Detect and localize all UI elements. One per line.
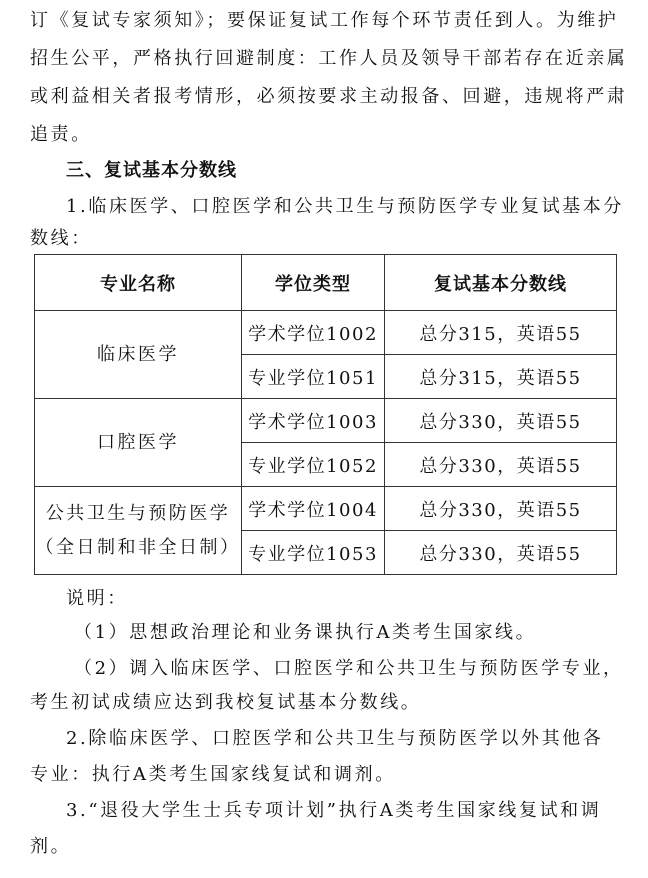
degree-cell: 学术学位1004 [242,487,385,531]
major-note: （全日制和非全日制） [35,531,241,565]
score-cell: 总分330，英语55 [385,443,617,487]
item1-line-1: 1.临床医学、口腔医学和公共卫生与预防医学专业复试基本分 [66,196,624,218]
item1-line-2: 数线： [30,228,92,250]
score-cell: 总分330，英语55 [385,531,617,575]
degree-cell: 专业学位1051 [242,355,385,399]
major-cell: 临床医学 [35,311,242,399]
score-table: 专业名称 学位类型 复试基本分数线 临床医学 学术学位1002 总分315，英语… [34,254,617,575]
document-page: 订《复试专家须知》；要保证复试工作每个环节责任到人。为维护 招生公平，严格执行回… [0,0,648,878]
intro-line-4: 追责。 [30,124,92,146]
score-cell: 总分330，英语55 [385,487,617,531]
score-cell: 总分330，英语55 [385,399,617,443]
table-row: 公共卫生与预防医学 （全日制和非全日制） 学术学位1004 总分330，英语55 [35,487,617,531]
table-row: 临床医学 学术学位1002 总分315，英语55 [35,311,617,355]
header-degree-type: 学位类型 [242,255,385,311]
table-header-row: 专业名称 学位类型 复试基本分数线 [35,255,617,311]
section-heading: 三、复试基本分数线 [66,160,237,182]
intro-line-1: 订《复试专家须知》；要保证复试工作每个环节责任到人。为维护 [30,10,618,32]
item2-line-2: 专业：执行A类考生国家线复试和调剂。 [30,764,396,786]
note-2-line-2: 考生初试成绩应达到我校复试基本分数线。 [30,692,421,714]
degree-cell: 专业学位1052 [242,443,385,487]
table-row: 口腔医学 学术学位1003 总分330，英语55 [35,399,617,443]
note-2-line-1: （2）调入临床医学、口腔医学和公共卫生与预防医学专业， [74,658,624,680]
degree-cell: 学术学位1002 [242,311,385,355]
major-cell: 口腔医学 [35,399,242,487]
major-name: 临床医学 [97,344,179,365]
item3-line-1: 3.“退役大学生士兵专项计划”执行A类考生国家线复试和调 [66,800,601,822]
score-cell: 总分315，英语55 [385,355,617,399]
notes-label: 说明： [66,588,128,610]
major-name: 口腔医学 [97,432,179,453]
degree-cell: 专业学位1053 [242,531,385,575]
item3-line-2: 剂。 [30,836,71,858]
header-score-line: 复试基本分数线 [385,255,617,311]
intro-line-3: 或利益相关者报考情形，必须按要求主动报备、回避，违规将严肃 [30,86,627,108]
intro-line-2: 招生公平，严格执行回避制度：工作人员及领导干部若存在近亲属 [30,48,627,70]
header-major: 专业名称 [35,255,242,311]
major-cell: 公共卫生与预防医学 （全日制和非全日制） [35,487,242,575]
item2-line-1: 2.除临床医学、口腔医学和公共卫生与预防医学以外其他各 [66,728,603,750]
major-name: 公共卫生与预防医学 [35,497,241,531]
score-cell: 总分315，英语55 [385,311,617,355]
note-1: （1）思想政治理论和业务课执行A类考生国家线。 [74,622,536,644]
degree-cell: 学术学位1003 [242,399,385,443]
